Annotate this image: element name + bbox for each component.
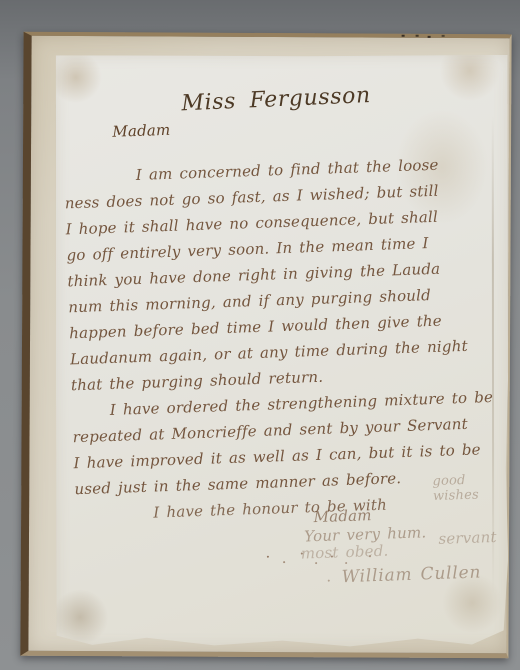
closing-madam: Madam <box>313 506 372 526</box>
signature: William Cullen <box>341 562 481 587</box>
closing-obedient-line: most obed. <box>301 542 389 563</box>
letter-sheet: Miss Fergusson Madam I am concerned to f… <box>56 55 509 647</box>
handwriting-layer: Miss Fergusson Madam I am concerned to f… <box>52 42 512 649</box>
album-page: Miss Fergusson Madam I am concerned to f… <box>20 32 511 659</box>
salutation: Madam <box>112 121 171 141</box>
photo-background: Miss Fergusson Madam I am concerned to f… <box>0 0 520 670</box>
closing-servant: servant <box>438 528 497 548</box>
closing-honour-tail: good wishes <box>432 472 507 505</box>
letter-body: I am concerned to find that the loose ne… <box>52 42 508 529</box>
ink-specks <box>267 556 269 558</box>
page-edge-specks <box>402 35 405 37</box>
